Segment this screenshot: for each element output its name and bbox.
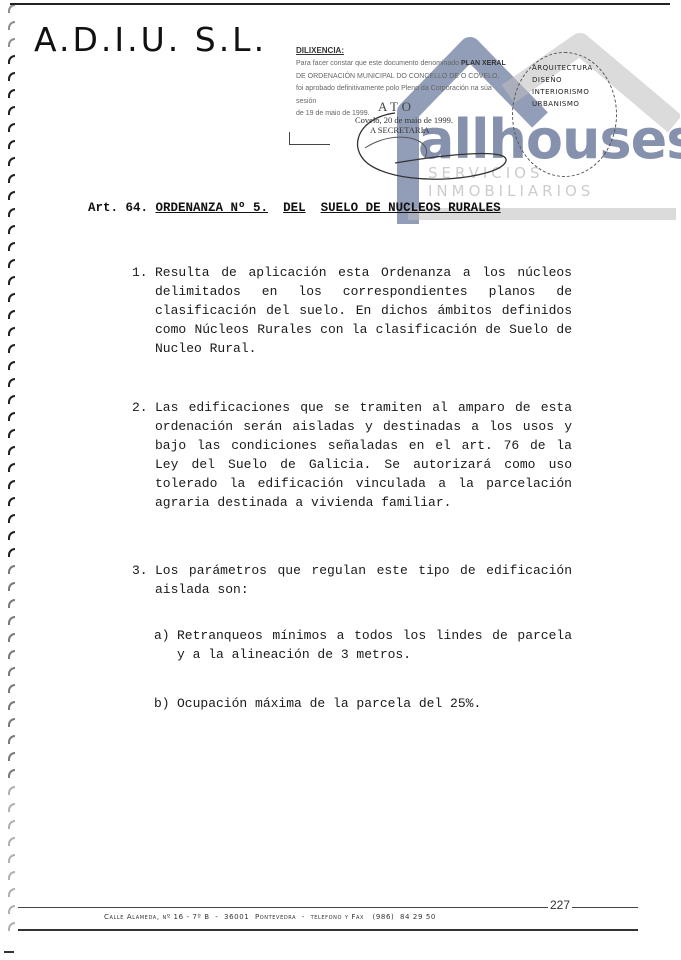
company-name: A.D.I.U. S.L. [34, 20, 267, 59]
binding-hook-icon [8, 89, 15, 98]
binding-hook-icon [8, 701, 15, 710]
binding-hook-icon [8, 854, 15, 863]
paragraph-2: 2. Las edificaciones que se tramiten al … [132, 398, 572, 512]
binding-hook-icon [8, 514, 15, 523]
signature-scribble-icon [335, 108, 535, 198]
seal-item: DISEÑO [532, 74, 593, 86]
page-number: 227 [548, 898, 572, 912]
binding-hook-icon [8, 38, 15, 47]
paragraph-number: 1. [132, 263, 148, 282]
binding-hook-icon [8, 412, 15, 421]
footer-rule-bottom [18, 929, 638, 931]
subitem-text: Retranqueos mínimos a todos los lindes d… [154, 626, 572, 664]
top-rule [10, 3, 670, 5]
binding-hook-icon [8, 55, 15, 64]
subitem-letter: a) [154, 626, 170, 645]
binding-hook-icon [8, 837, 15, 846]
footer-address: Calle Alameda, nº 16 - 7º B - 36001 Pont… [104, 913, 436, 921]
binding-hook-icon [8, 225, 15, 234]
binding-hook-icon [8, 667, 15, 676]
article-number: Art. 64. [88, 201, 156, 215]
binding-hook-icon [8, 480, 15, 489]
article-title-del: DEL [283, 201, 306, 215]
bottom-mark [4, 951, 14, 953]
binding-hook-icon [8, 429, 15, 438]
binding-hook-icon [8, 888, 15, 897]
binding-hooks [4, 4, 24, 944]
binding-hook-icon [8, 769, 15, 778]
binding-hook-icon [8, 463, 15, 472]
diligencia-line-1: Para facer constar que este documento de… [296, 60, 461, 67]
binding-hook-icon [8, 395, 15, 404]
binding-hook-icon [8, 446, 15, 455]
paragraph-text: Las edificaciones que se tramiten al amp… [132, 398, 572, 512]
binding-hook-icon [8, 106, 15, 115]
binding-hook-icon [8, 565, 15, 574]
binding-hook-icon [8, 276, 15, 285]
binding-hook-icon [8, 735, 15, 744]
binding-hook-icon [8, 582, 15, 591]
paragraph-1: 1. Resulta de aplicación esta Ordenanza … [132, 263, 572, 358]
signature-bracket [289, 132, 330, 145]
binding-hook-icon [8, 786, 15, 795]
binding-hook-icon [8, 616, 15, 625]
binding-hook-icon [8, 4, 15, 13]
article-subject: SUELO DE NUCLEOS RURALES [321, 201, 501, 215]
binding-hook-icon [8, 820, 15, 829]
binding-hook-icon [8, 327, 15, 336]
binding-hook-icon [8, 531, 15, 540]
article-title: Art. 64. ORDENANZA Nº 5. DEL SUELO DE NU… [88, 201, 501, 215]
diligencia-line-2: DE ORDENACIÓN MUNICIPAL DO CONCELLO DE O… [296, 71, 511, 84]
paragraph-number: 2. [132, 398, 148, 417]
binding-hook-icon [8, 344, 15, 353]
binding-hook-icon [8, 905, 15, 914]
title-gap [306, 201, 321, 215]
article-ordinance: ORDENANZA Nº 5. [156, 201, 269, 215]
subitem-b: b) Ocupación máxima de la parcela del 25… [154, 694, 572, 713]
seal-item: URBANISMO [532, 98, 593, 110]
binding-hook-icon [8, 123, 15, 132]
binding-hook-icon [8, 922, 15, 931]
seal-item: ARQUITECTURA [532, 62, 593, 74]
binding-hook-icon [8, 633, 15, 642]
binding-hook-icon [8, 293, 15, 302]
paragraph-text: Resulta de aplicación esta Ordenanza a l… [132, 263, 572, 358]
title-gap [268, 201, 283, 215]
seal-services: ARQUITECTURA DISEÑO INTERIORISMO URBANIS… [532, 62, 593, 110]
diligencia-plan-name: PLAN XERAL [461, 60, 506, 67]
paragraph-text: Los parámetros que regulan este tipo de … [132, 561, 572, 599]
binding-hook-icon [8, 361, 15, 370]
paragraph-number: 3. [132, 561, 148, 580]
binding-hook-icon [8, 140, 15, 149]
binding-hook-icon [8, 21, 15, 30]
binding-hook-icon [8, 803, 15, 812]
footer-rule-top [18, 907, 638, 908]
paragraph-3: 3. Los parámetros que regulan este tipo … [132, 561, 572, 599]
binding-hook-icon [8, 752, 15, 761]
binding-hook-icon [8, 548, 15, 557]
binding-hook-icon [8, 497, 15, 506]
seal-item: INTERIORISMO [532, 86, 593, 98]
subitem-letter: b) [154, 694, 170, 713]
binding-hook-icon [8, 378, 15, 387]
binding-hook-icon [8, 208, 15, 217]
binding-hook-icon [8, 599, 15, 608]
subitem-text: Ocupación máxima de la parcela del 25%. [154, 694, 572, 713]
subitem-a: a) Retranqueos mínimos a todos los linde… [154, 626, 572, 664]
binding-hook-icon [8, 72, 15, 81]
diligencia-title: DILIXENCIA: [296, 46, 344, 55]
binding-hook-icon [8, 310, 15, 319]
binding-hook-icon [8, 684, 15, 693]
binding-hook-icon [8, 157, 15, 166]
binding-hook-icon [8, 242, 15, 251]
binding-hook-icon [8, 718, 15, 727]
binding-hook-icon [8, 191, 15, 200]
binding-hook-icon [8, 174, 15, 183]
binding-hook-icon [8, 871, 15, 880]
binding-hook-icon [8, 259, 15, 268]
binding-hook-icon [8, 650, 15, 659]
